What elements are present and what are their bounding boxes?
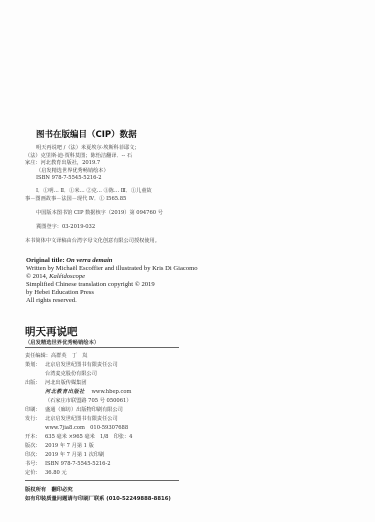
credit-row: 印刷：盛通（廊坊）出版物印刷有限公司 [25,406,123,413]
credit-row: 台湾麦克股份有限公司 [25,370,97,377]
rights-line: All rights reserved. [26,297,77,305]
copyright-line: © 2014, Kaléidoscope [26,273,85,281]
quality-notice: 如有印装质量问题请与印刷厂联系 (010-52249888-8816) [25,494,171,502]
cip-heading: 图书在版编目（CIP）数据 [36,128,137,140]
cip-line: （法）克里斯·迪·贾科莫图；陈怡洁翻译．-- 石 [25,153,132,161]
translation-line: Simplified Chinese translation copyright… [26,281,155,289]
cip-line: 冀图登字：03-2019-032 [36,224,95,232]
credit-row: 策划：北京启发世纪图书有限责任公司 [25,361,118,368]
credit-row: 发行：北京启发世纪图书有限责任公司 [25,415,118,422]
press-line: by Hebei Education Press [26,289,94,297]
book-title: 明天再说吧 [25,324,78,339]
cip-line: （启发精选世界优秀畅销绘本） [36,168,109,176]
cip-line: 明天再说吧 /（法）米夏埃尔·埃斯科菲耶文； [36,145,140,153]
credit-row: 开本：635 毫米 ×965 毫米 1/8 印张：4 [25,433,132,440]
cip-line: ISBN 978-7-5545-5216-2 [36,175,102,183]
credit-row: 版次：2019 年 7 月第 1 版 [25,442,94,449]
credit-row: 书号：ISBN 978-7-5545-5216-2 [25,460,111,467]
credit-row: 出版：河北出版传媒集团 [25,379,87,386]
divider [25,347,179,348]
cip-line: 本书简体中文译稿由台湾字母文化创意有限公司授权使用。 [25,238,160,246]
credit-row: www.7jia8.com 010-59307688 [25,424,128,431]
credit-row: （石家庄市联盟路 705 号 050061） [25,397,132,404]
cip-line: 事－图画故事－法国－现代 Ⅳ．① I565.85 [25,196,126,204]
rights-notice: 版权所有 翻印必究 [25,485,73,493]
cip-line: Ⅰ．①明… Ⅱ．①米… ②克… ③陈… Ⅲ．①儿童故 [36,188,152,196]
series-name: （启发精选世界优秀畅销绘本） [25,338,99,346]
cip-line: 家庄：河北教育出版社，2019.7 [25,160,100,168]
credit-row: 责任编辑：高群英 丁 岚 [25,352,87,359]
original-title-line: Original title: On verra demain [26,257,112,265]
credit-row: 河北教育出版社 www.hbep.com [25,388,131,395]
credit-row: 印次：2019 年 7 月第 1 次印刷 [25,451,104,458]
written-by-line: Written by Michaël Escoffier and illustr… [26,265,198,273]
credit-row: 定价：36.80 元 [25,469,67,476]
publisher-logo: 河北教育出版社 [45,389,85,395]
divider [25,480,179,481]
cip-line: 中国版本图书馆 CIP 数据核字（2019）第 094760 号 [36,210,163,218]
